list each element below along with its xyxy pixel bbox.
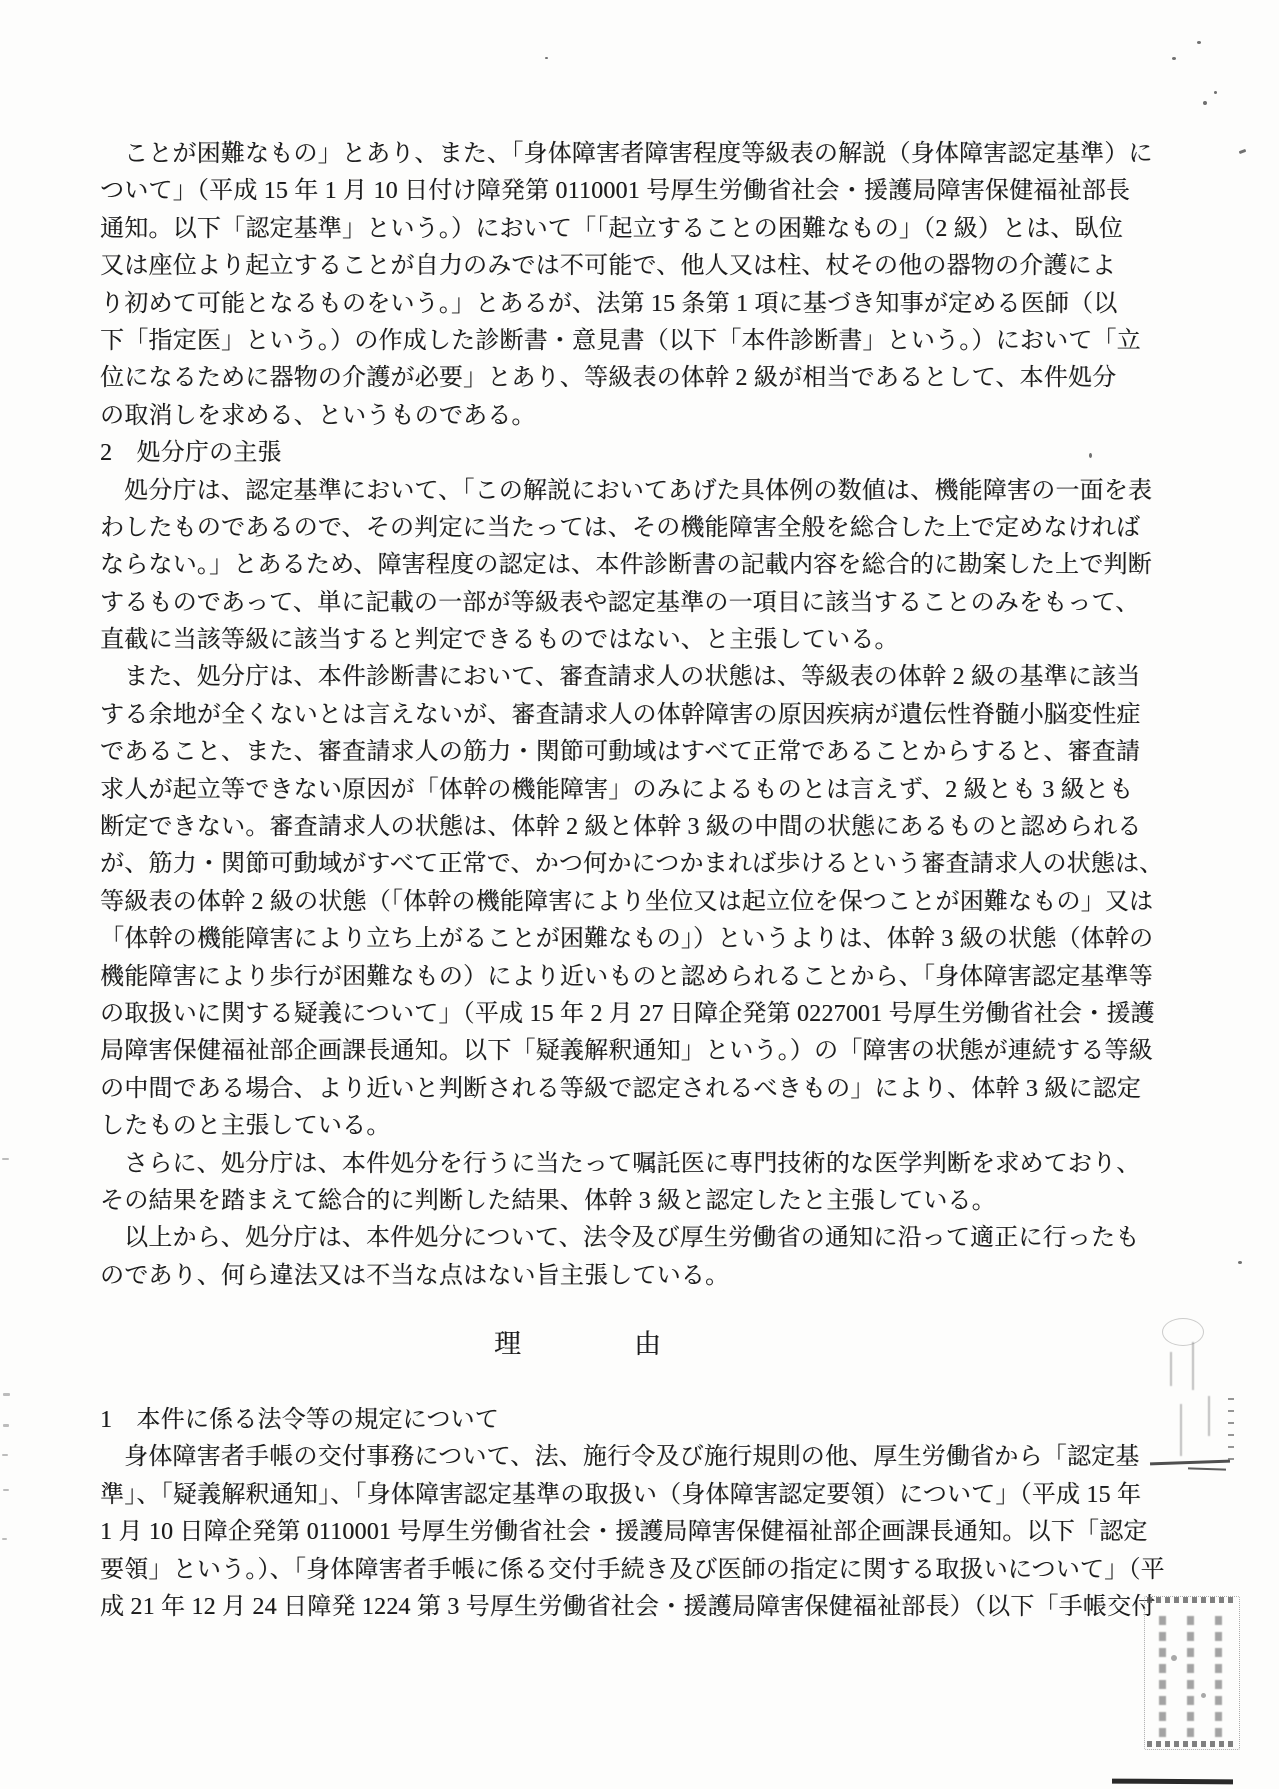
text-line: 機能障害により歩行が困難なもの）により近いものと認められることから、「身体障害認…: [100, 959, 1163, 996]
text-line: する余地が全くないとは言えないが、審査請求人の体幹障害の原因疾病が遺伝性脊髄小脳…: [100, 697, 1163, 734]
text-line: また、処分庁は、本件診断書において、審査請求人の状態は、等級表の体幹 2 級の基…: [100, 659, 1163, 696]
text-line: 以上から、処分庁は、本件処分について、法令及び厚生労働省の通知に沿って適正に行っ…: [100, 1220, 1163, 1257]
text-line: のであり、何ら違法又は不当な点はない旨主張している。: [100, 1258, 1163, 1295]
scan-edge-line: [1112, 1779, 1233, 1785]
stamp-mark: [1228, 1398, 1234, 1400]
text-line: 下「指定医」という。）の作成した診断書・意見書（以下「本件診断書」という。）にお…: [100, 323, 1163, 360]
text-line: が、筋力・関節可動域がすべて正常で、かつ何かにつかまれば歩けるという審査請求人の…: [100, 846, 1163, 883]
text-line: 又は座位より起立することが自力のみでは不可能で、他人又は柱、杖その他の器物の介護…: [100, 248, 1163, 285]
stamp-mark: [1208, 1396, 1210, 1436]
text-line: わしたものであるので、その判定に当たっては、その機能障害全般を総合した上で定めな…: [100, 510, 1163, 547]
stamp-mark: [1228, 1410, 1234, 1412]
text-line: するものであって、単に記載の一部が等級表や認定基準の一項目に該当することのみをも…: [100, 585, 1163, 622]
stamp-column: [1159, 1609, 1166, 1737]
document-page: ことが困難なもの」とあり、また、「身体障害者障害程度等級表の解説（身体障害認定基…: [0, 0, 1279, 1789]
stamp-mark: [1170, 1352, 1172, 1386]
text-line: 位になるために器物の介護が必要」とあり、等級表の体幹 2 級が相当であるとして、…: [100, 360, 1163, 397]
scan-speck: [1172, 57, 1176, 60]
claims-text-block: ことが困難なもの」とあり、また、「身体障害者障害程度等級表の解説（身体障害認定基…: [100, 136, 1163, 1295]
text-line: 要領」という。）、「身体障害者手帳に係る交付手続き及び医師の指定に関する取扱いに…: [100, 1552, 1165, 1589]
scan-speck: [3, 1424, 9, 1427]
section-heading-1: 1 本件に係る法令等の規定について: [100, 1402, 1165, 1439]
scan-speck: [1197, 41, 1201, 44]
text-line: 直截に当該等級に該当すると判定できるものではない、と主張している。: [100, 622, 1163, 659]
text-line: の取扱いに関する疑義について」（平成 15 年 2 月 27 日障企発第 022…: [100, 996, 1163, 1033]
stamp-column: [1187, 1609, 1194, 1737]
text-line: 「体幹の機能障害により立ち上がることが困難なもの」）というよりは、体幹 3 級の…: [100, 921, 1163, 958]
stamp-mark: [1228, 1434, 1234, 1436]
scan-speck: [1091, 522, 1096, 524]
scan-speck: [2, 1158, 9, 1160]
text-line: その結果を踏まえて総合的に判断した結果、体幹 3 級と認定したと主張している。: [100, 1183, 1163, 1220]
text-line: ついて」（平成 15 年 1 月 10 日付け障発第 0110001 号厚生労働…: [100, 173, 1163, 210]
text-line: 身体障害者手帳の交付事務について、法、施行令及び施行規則の他、厚生労働省から「認…: [100, 1439, 1165, 1476]
reason-heading: 理 由: [494, 1322, 662, 1361]
stamp-mark: [1228, 1422, 1234, 1424]
stamp-edge: [1147, 1741, 1237, 1747]
text-line: したものと主張している。: [100, 1108, 1163, 1145]
stamp-mark: [1201, 1693, 1206, 1698]
scan-speck: [1203, 101, 1207, 105]
stamp-mark: [1228, 1458, 1234, 1460]
text-line: 局障害保健福祉部企画課長通知。以下「疑義解釈通知」という。）の「障害の状態が連続…: [100, 1033, 1163, 1070]
stamp-mark: [1192, 1342, 1194, 1390]
section-heading-2: 2 処分庁の主張: [100, 435, 1163, 472]
scan-speck: [545, 57, 548, 59]
stamp-smear: [1188, 1467, 1226, 1470]
text-line: 断定できない。審査請求人の状態は、体幹 2 級と体幹 3 級の中間の状態にあるも…: [100, 809, 1163, 846]
scan-speck: [2, 1538, 7, 1540]
text-line: ことが困難なもの」とあり、また、「身体障害者障害程度等級表の解説（身体障害認定基…: [100, 136, 1163, 173]
stamp-mark: [1180, 1404, 1182, 1456]
text-line: 通知。以下「認定基準」という。）において「「起立することの困難なもの」（2 級）…: [100, 211, 1163, 248]
scan-speck: [2, 1454, 8, 1456]
stamp-mark: [1162, 1318, 1204, 1346]
text-line: 1 月 10 日障企発第 0110001 号厚生労働省社会・援護局障害保健福祉部…: [100, 1514, 1165, 1551]
scan-speck: [3, 1393, 10, 1396]
text-line: 求人が起立等できない原因が「体幹の機能障害」のみによるものとは言えず、2 級とも…: [100, 772, 1163, 809]
stamp-mark: [1228, 1446, 1234, 1448]
text-line: 等級表の体幹 2 級の状態（「体幹の機能障害により坐位又は起立位を保つことが困難…: [100, 884, 1163, 921]
text-line: 処分庁は、認定基準において、「この解説においてあげた具体例の数値は、機能障害の一…: [100, 473, 1163, 510]
scan-speck: [3, 1489, 9, 1491]
scan-speck: [1089, 453, 1092, 458]
text-line: 準」、「疑義解釈通知」、「身体障害認定基準の取扱い（身体障害認定要領）について」…: [100, 1477, 1165, 1514]
text-line: さらに、処分庁は、本件処分を行うに当たって嘱託医に専門技術的な医学判断を求めてお…: [100, 1146, 1163, 1183]
text-line: の取消しを求める、というものである。: [100, 398, 1163, 435]
scan-speck: [1214, 91, 1217, 94]
reason-text-block: 1 本件に係る法令等の規定について 身体障害者手帳の交付事務について、法、施行令…: [100, 1402, 1165, 1626]
text-line: であること、また、審査請求人の筋力・関節可動域はすべて正常であることからすると、…: [100, 734, 1163, 771]
stamp-column: [1215, 1609, 1222, 1737]
scan-speck: [1239, 149, 1247, 154]
text-line: り初めて可能となるものをいう。」とあるが、法第 15 条第 1 項に基づき知事が…: [100, 286, 1163, 323]
stamp-mark: [1171, 1655, 1177, 1661]
scan-speck: [1238, 1261, 1242, 1264]
text-line: の中間である場合、より近いと判断される等級で認定されるべきもの」により、体幹 3…: [100, 1071, 1163, 1108]
text-line: ならない。」とあるため、障害程度の認定は、本件診断書の記載内容を総合的に勘案した…: [100, 547, 1163, 584]
text-line: 成 21 年 12 月 24 日障発 1224 第 3 号厚生労働省社会・援護局…: [100, 1589, 1165, 1626]
